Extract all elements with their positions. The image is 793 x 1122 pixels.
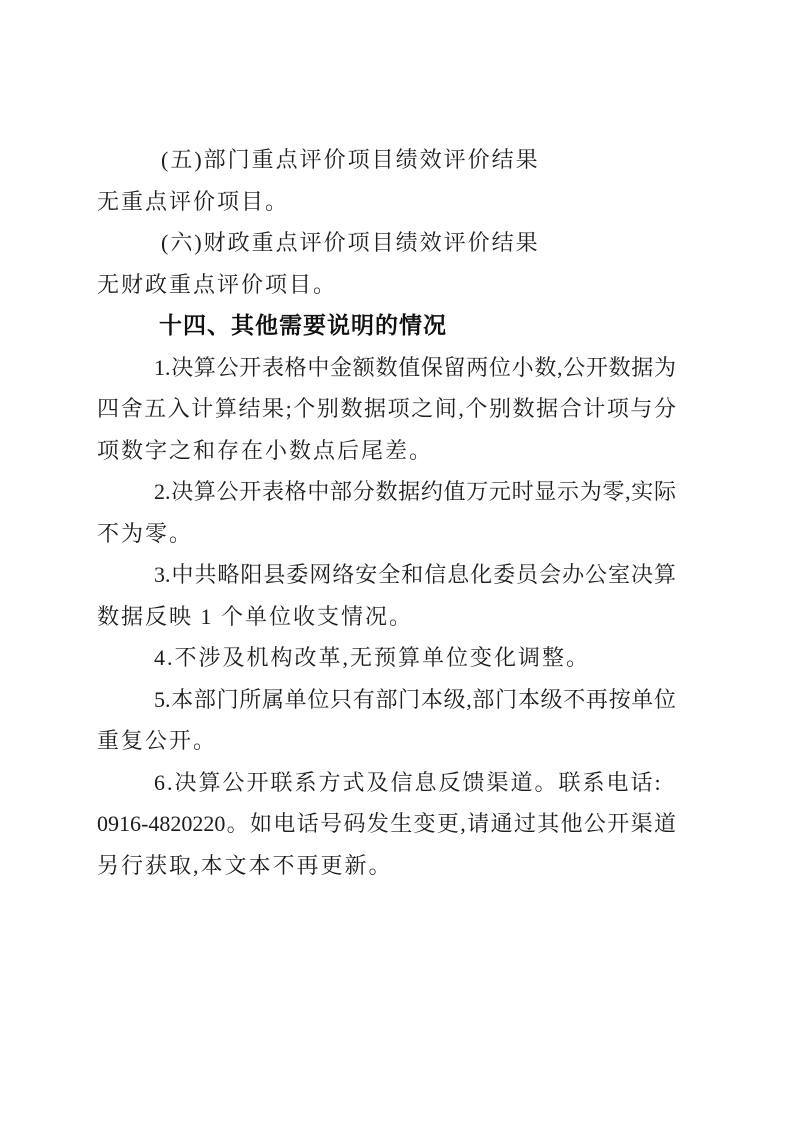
paragraph-line: 3.中共略阳县委网络安全和信息化委员会办公室决算 <box>97 554 676 596</box>
document-page: (五)部门重点评价项目绩效评价结果 无重点评价项目。 (六)财政重点评价项目绩效… <box>0 0 793 1122</box>
paragraph-line contact-phone-line: 0916-4820220。如电话号码发生变更,请通过其他公开渠道 <box>97 803 676 845</box>
subsection-heading-6: (六)财政重点评价项目绩效评价结果 <box>97 222 676 264</box>
paragraph-line: 1.决算公开表格中金额数值保留两位小数,公开数据为 <box>97 347 676 389</box>
section-heading-14: 十四、其他需要说明的情况 <box>97 305 676 347</box>
paragraph-line: 2.决算公开表格中部分数据约值万元时显示为零,实际 <box>97 471 676 513</box>
paragraph-line: 无财政重点评价项目。 <box>97 264 676 306</box>
paragraph-line: 四舍五入计算结果;个别数据项之间,个别数据合计项与分 <box>97 388 676 430</box>
paragraph-line: 5.本部门所属单位只有部门本级,部门本级不再按单位 <box>97 679 676 721</box>
paragraph-line: 重复公开。 <box>97 720 676 762</box>
paragraph-line: 不为零。 <box>97 513 676 555</box>
paragraph-line: 4.不涉及机构改革,无预算单位变化调整。 <box>97 637 676 679</box>
subsection-heading-5: (五)部门重点评价项目绩效评价结果 <box>97 139 676 181</box>
paragraph-line: 另行获取,本文本不再更新。 <box>97 845 676 887</box>
paragraph-line: 数据反映 1 个单位收支情况。 <box>97 596 676 638</box>
paragraph-line: 6.决算公开联系方式及信息反馈渠道。联系电话: <box>97 762 676 804</box>
document-text-block: (五)部门重点评价项目绩效评价结果 无重点评价项目。 (六)财政重点评价项目绩效… <box>97 139 676 886</box>
paragraph-line: 项数字之和存在小数点后尾差。 <box>97 430 676 472</box>
paragraph-line: 无重点评价项目。 <box>97 181 676 223</box>
